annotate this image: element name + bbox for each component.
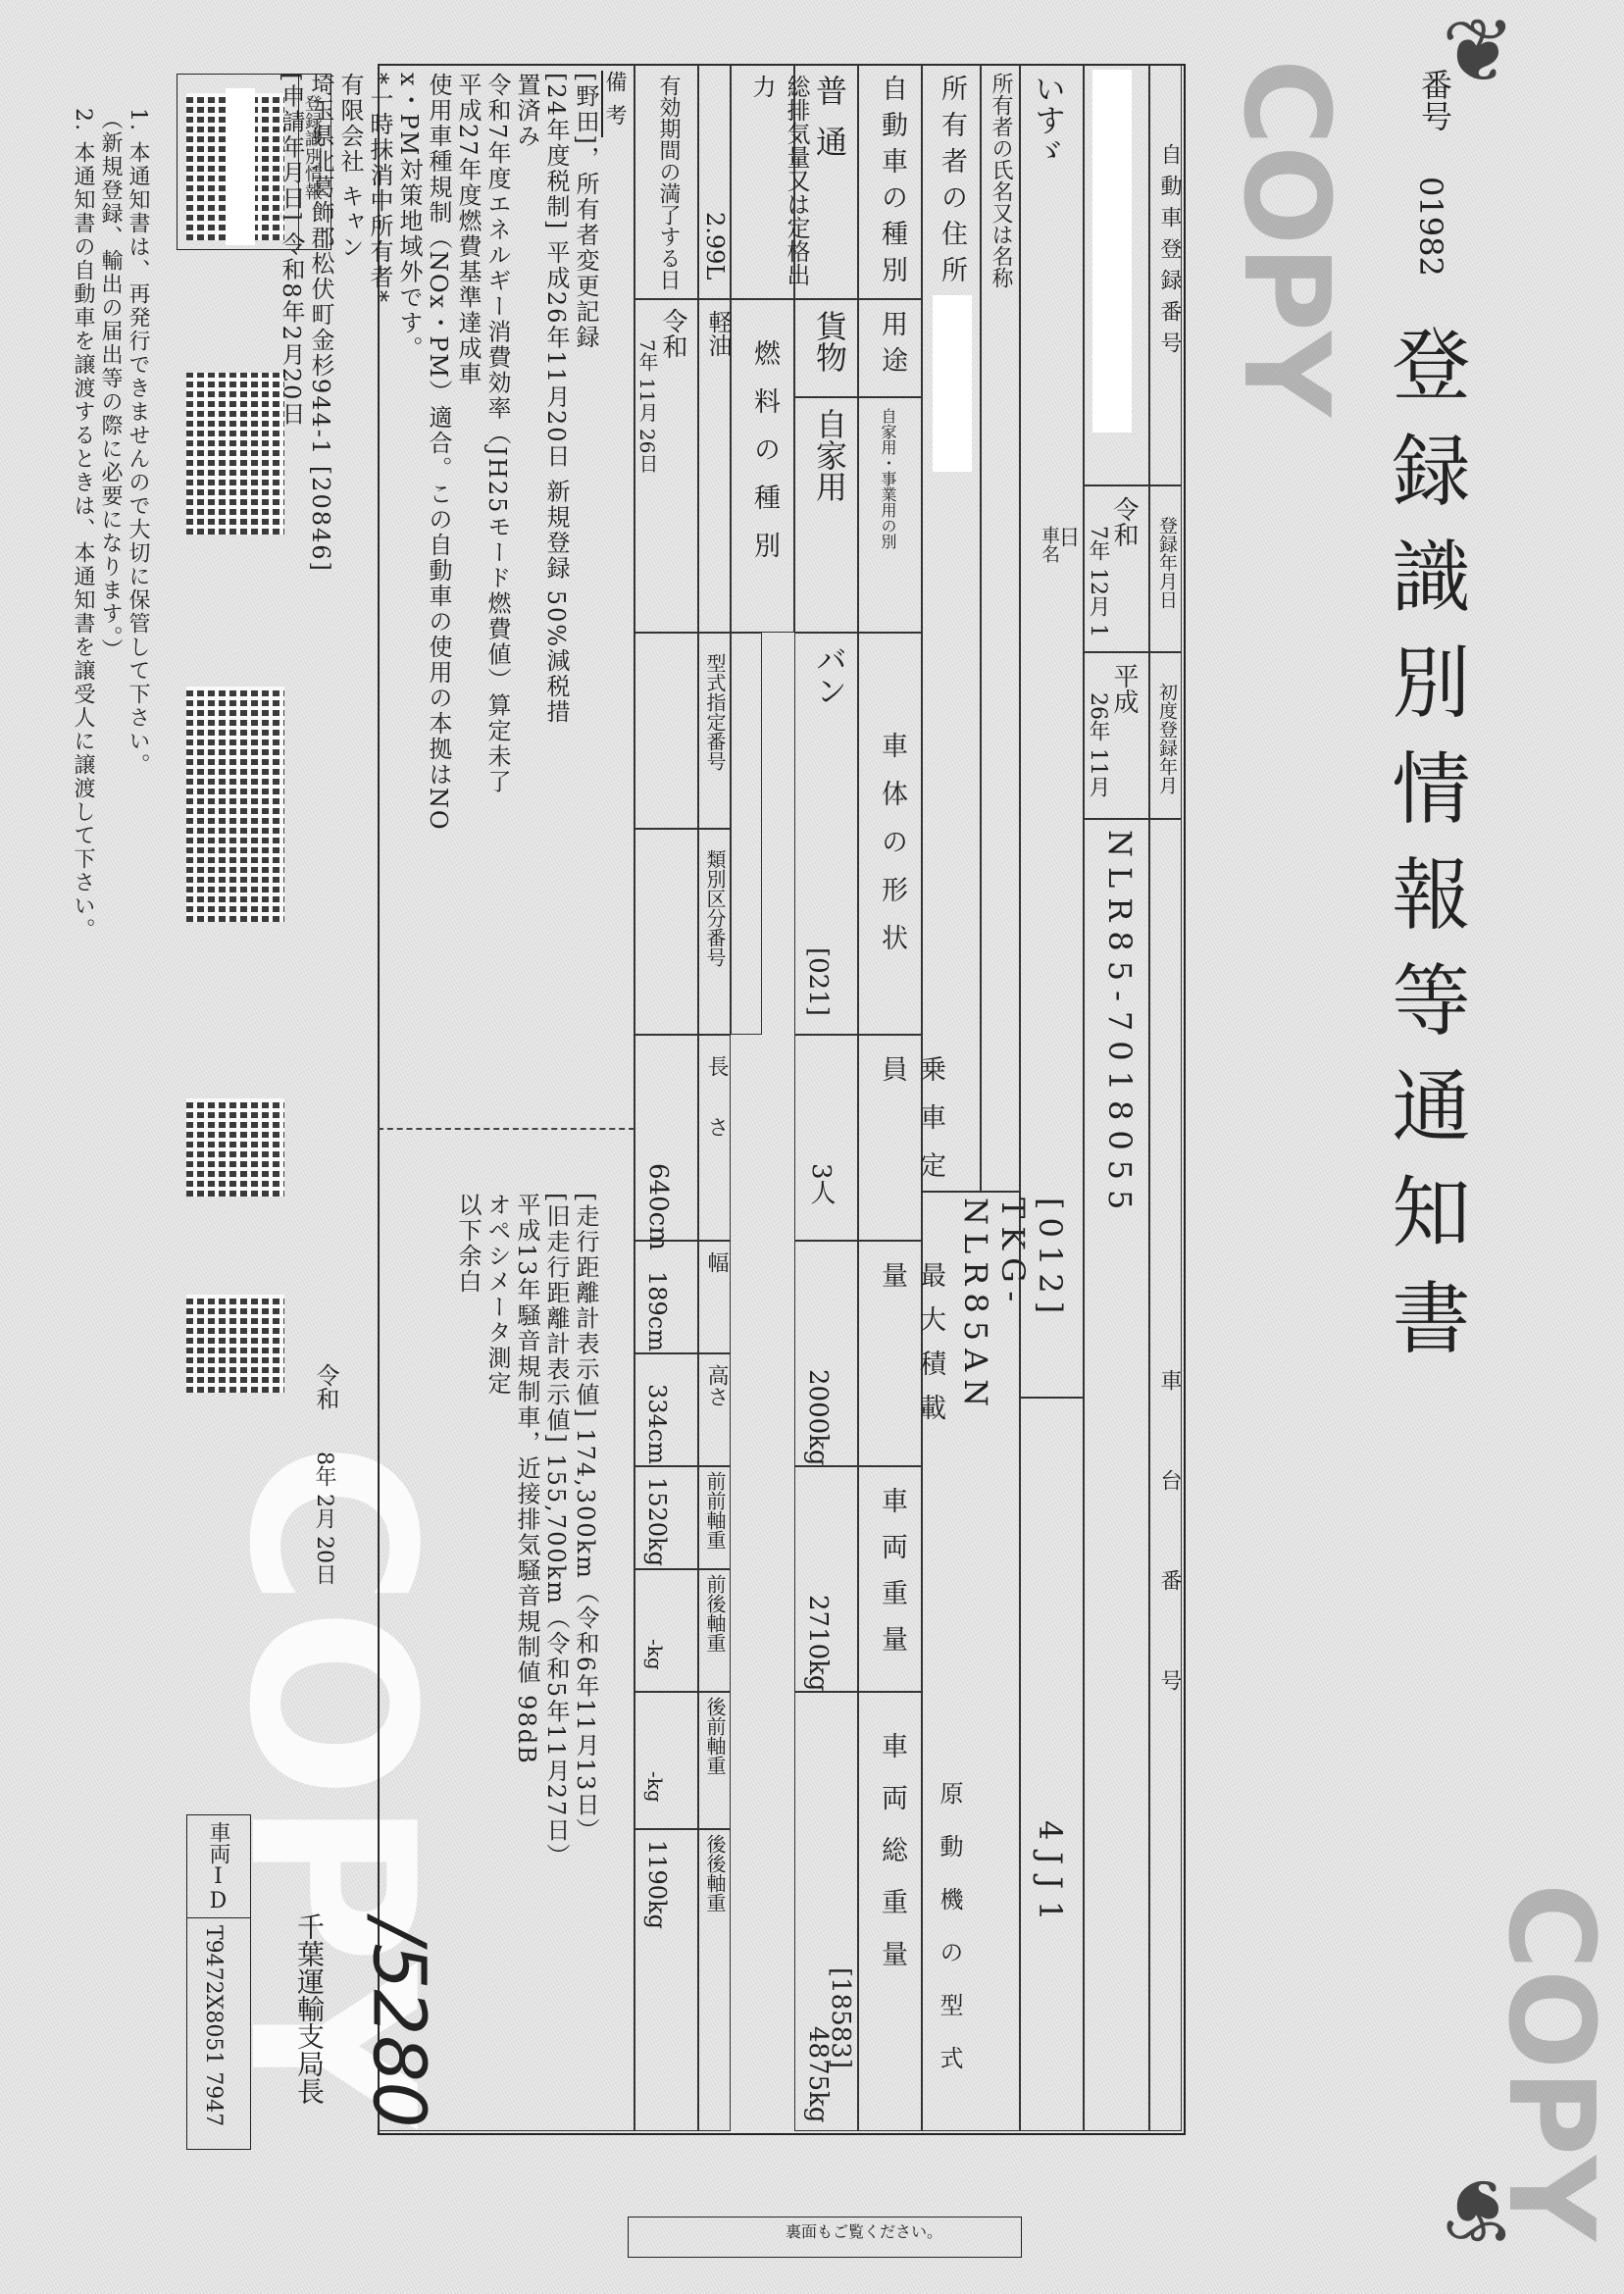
length-value: 640cm bbox=[634, 1035, 698, 1241]
vehicle-id-box: 車両ID T9472X8051 7947 bbox=[186, 1814, 251, 2150]
serial-label: 番号 bbox=[1412, 69, 1457, 131]
width-label: 幅 bbox=[698, 1241, 731, 1353]
fr-axle-label: 前後軸重 bbox=[698, 1569, 731, 1692]
private-value: 自家用 bbox=[794, 397, 858, 633]
fuel-header: 燃料の種別 bbox=[731, 299, 794, 633]
max-load-value: 2000kg bbox=[794, 1241, 858, 1466]
owner-name-row: 所有者の氏名又は名称 bbox=[981, 64, 1020, 1192]
page-title: 登録識別情報等通知書 bbox=[1368, 324, 1481, 1383]
owner-address-row: 所有者の住所 bbox=[922, 64, 981, 1192]
ff-axle-value: 1520kg bbox=[634, 1466, 698, 1569]
length-label: 長さ bbox=[698, 1035, 731, 1241]
qr-code bbox=[186, 1098, 284, 1197]
type-approval-header bbox=[731, 633, 762, 1035]
qr-code bbox=[186, 1295, 284, 1393]
type-approval-label: 型式指定番号 bbox=[698, 633, 731, 829]
redacted-block bbox=[933, 295, 972, 472]
issue-date: 令和 bbox=[309, 1363, 343, 1410]
capacity-header: 乗車定員 bbox=[858, 1035, 922, 1241]
type-approval-value bbox=[634, 633, 698, 829]
remarks-right: [走行距離計表示値] 174,300km（令和6年11月13日） [旧走行距離計… bbox=[453, 1193, 600, 2075]
reg-date-header: 登録年月日 bbox=[1149, 485, 1182, 652]
reg-date-cell: 令和 7年 12月 1日 bbox=[1084, 485, 1149, 652]
rf-axle-label: 後前軸重 bbox=[698, 1692, 731, 1829]
issuing-authority: 千葉運輸支局長 bbox=[289, 1912, 329, 2105]
qr-code bbox=[186, 687, 284, 922]
redacted-block bbox=[1033, 163, 1062, 261]
back-notice-box: 裏面もご覧ください。 bbox=[628, 2217, 1022, 2258]
first-reg-header: 初度登録年月 bbox=[1149, 652, 1182, 819]
maker-cell: いすゞ 車名 [012] TKG-NLR85AN bbox=[1020, 64, 1084, 1398]
height-value: 334cm bbox=[634, 1353, 698, 1466]
gross-weight-value: 4875kg bbox=[794, 1692, 858, 2131]
category-value bbox=[634, 829, 698, 1035]
footer-notes: 1. 本通知書は、再発行できませんので大切に保管して下さい。 （新規登録、輸出の… bbox=[69, 108, 151, 942]
first-reg-cell: 平成 26年 11月 bbox=[1084, 652, 1149, 819]
body-value: バン [021] bbox=[794, 633, 858, 1035]
use-header: 用途 bbox=[858, 299, 922, 397]
category-label: 類別区分番号 bbox=[698, 829, 731, 1035]
engine-cell: 4JJ1 bbox=[1020, 1398, 1084, 2131]
handwritten-note: /5280 bbox=[357, 1918, 441, 2127]
serial-number: 01982 bbox=[1412, 177, 1449, 277]
width-value: 189cm bbox=[634, 1241, 698, 1353]
capacity-value: 3人 bbox=[794, 1035, 858, 1241]
displacement-header: 総排気量又は定格出力 bbox=[731, 64, 794, 299]
rf-axle-value: -kg bbox=[634, 1692, 698, 1829]
issue-date-detail: 8年 2月 20日 bbox=[309, 1452, 339, 1585]
body-header: 車体の形状 bbox=[858, 633, 922, 1035]
rr-axle-label: 後後軸重 bbox=[698, 1829, 731, 2131]
remarks-divider bbox=[378, 1128, 634, 1130]
reg-number-cell bbox=[1084, 64, 1149, 485]
expiry-value: 令和 7年 11月 26日 bbox=[634, 299, 698, 633]
fr-axle-value: -kg bbox=[634, 1569, 698, 1692]
height-label: 高さ bbox=[698, 1353, 731, 1466]
weight-header: 車両重量 bbox=[858, 1466, 922, 1692]
displacement-value: 2.99L bbox=[698, 64, 731, 299]
fuel-value: 軽油 bbox=[698, 299, 731, 633]
redacted-block bbox=[1092, 70, 1132, 433]
remarks-label: 備考 bbox=[599, 71, 630, 137]
private-header: 自家用・事業用の別 bbox=[858, 397, 922, 633]
remarks-section: 備考 [野田]，所有者変更記録 [24年度税制] 平成26年11月20日 新規登… bbox=[378, 64, 634, 2131]
ff-axle-label: 前前軸重 bbox=[698, 1466, 731, 1569]
redacted-block bbox=[226, 88, 255, 245]
reg-number-header: 自動車登録番号 bbox=[1149, 64, 1182, 485]
use-value: 貨物 bbox=[794, 299, 858, 397]
rr-axle-value: 1190kg bbox=[634, 1829, 698, 2131]
qr-code bbox=[186, 373, 284, 535]
weight-value: 2710kg bbox=[794, 1466, 858, 1692]
chassis-cell: NLR85-7018055 bbox=[1084, 819, 1149, 2131]
gross-weight-header: 車両総重量 [18583] bbox=[858, 1692, 922, 2131]
chassis-header: 車台番号 bbox=[1149, 819, 1182, 2131]
type-header: 自動車の種別 bbox=[858, 64, 922, 299]
corner-ornament: ❦ bbox=[1442, 2158, 1515, 2261]
expiry-label: 有効期間の満了する日 bbox=[634, 64, 698, 299]
max-load-header: 最大積載量 bbox=[858, 1241, 922, 1466]
